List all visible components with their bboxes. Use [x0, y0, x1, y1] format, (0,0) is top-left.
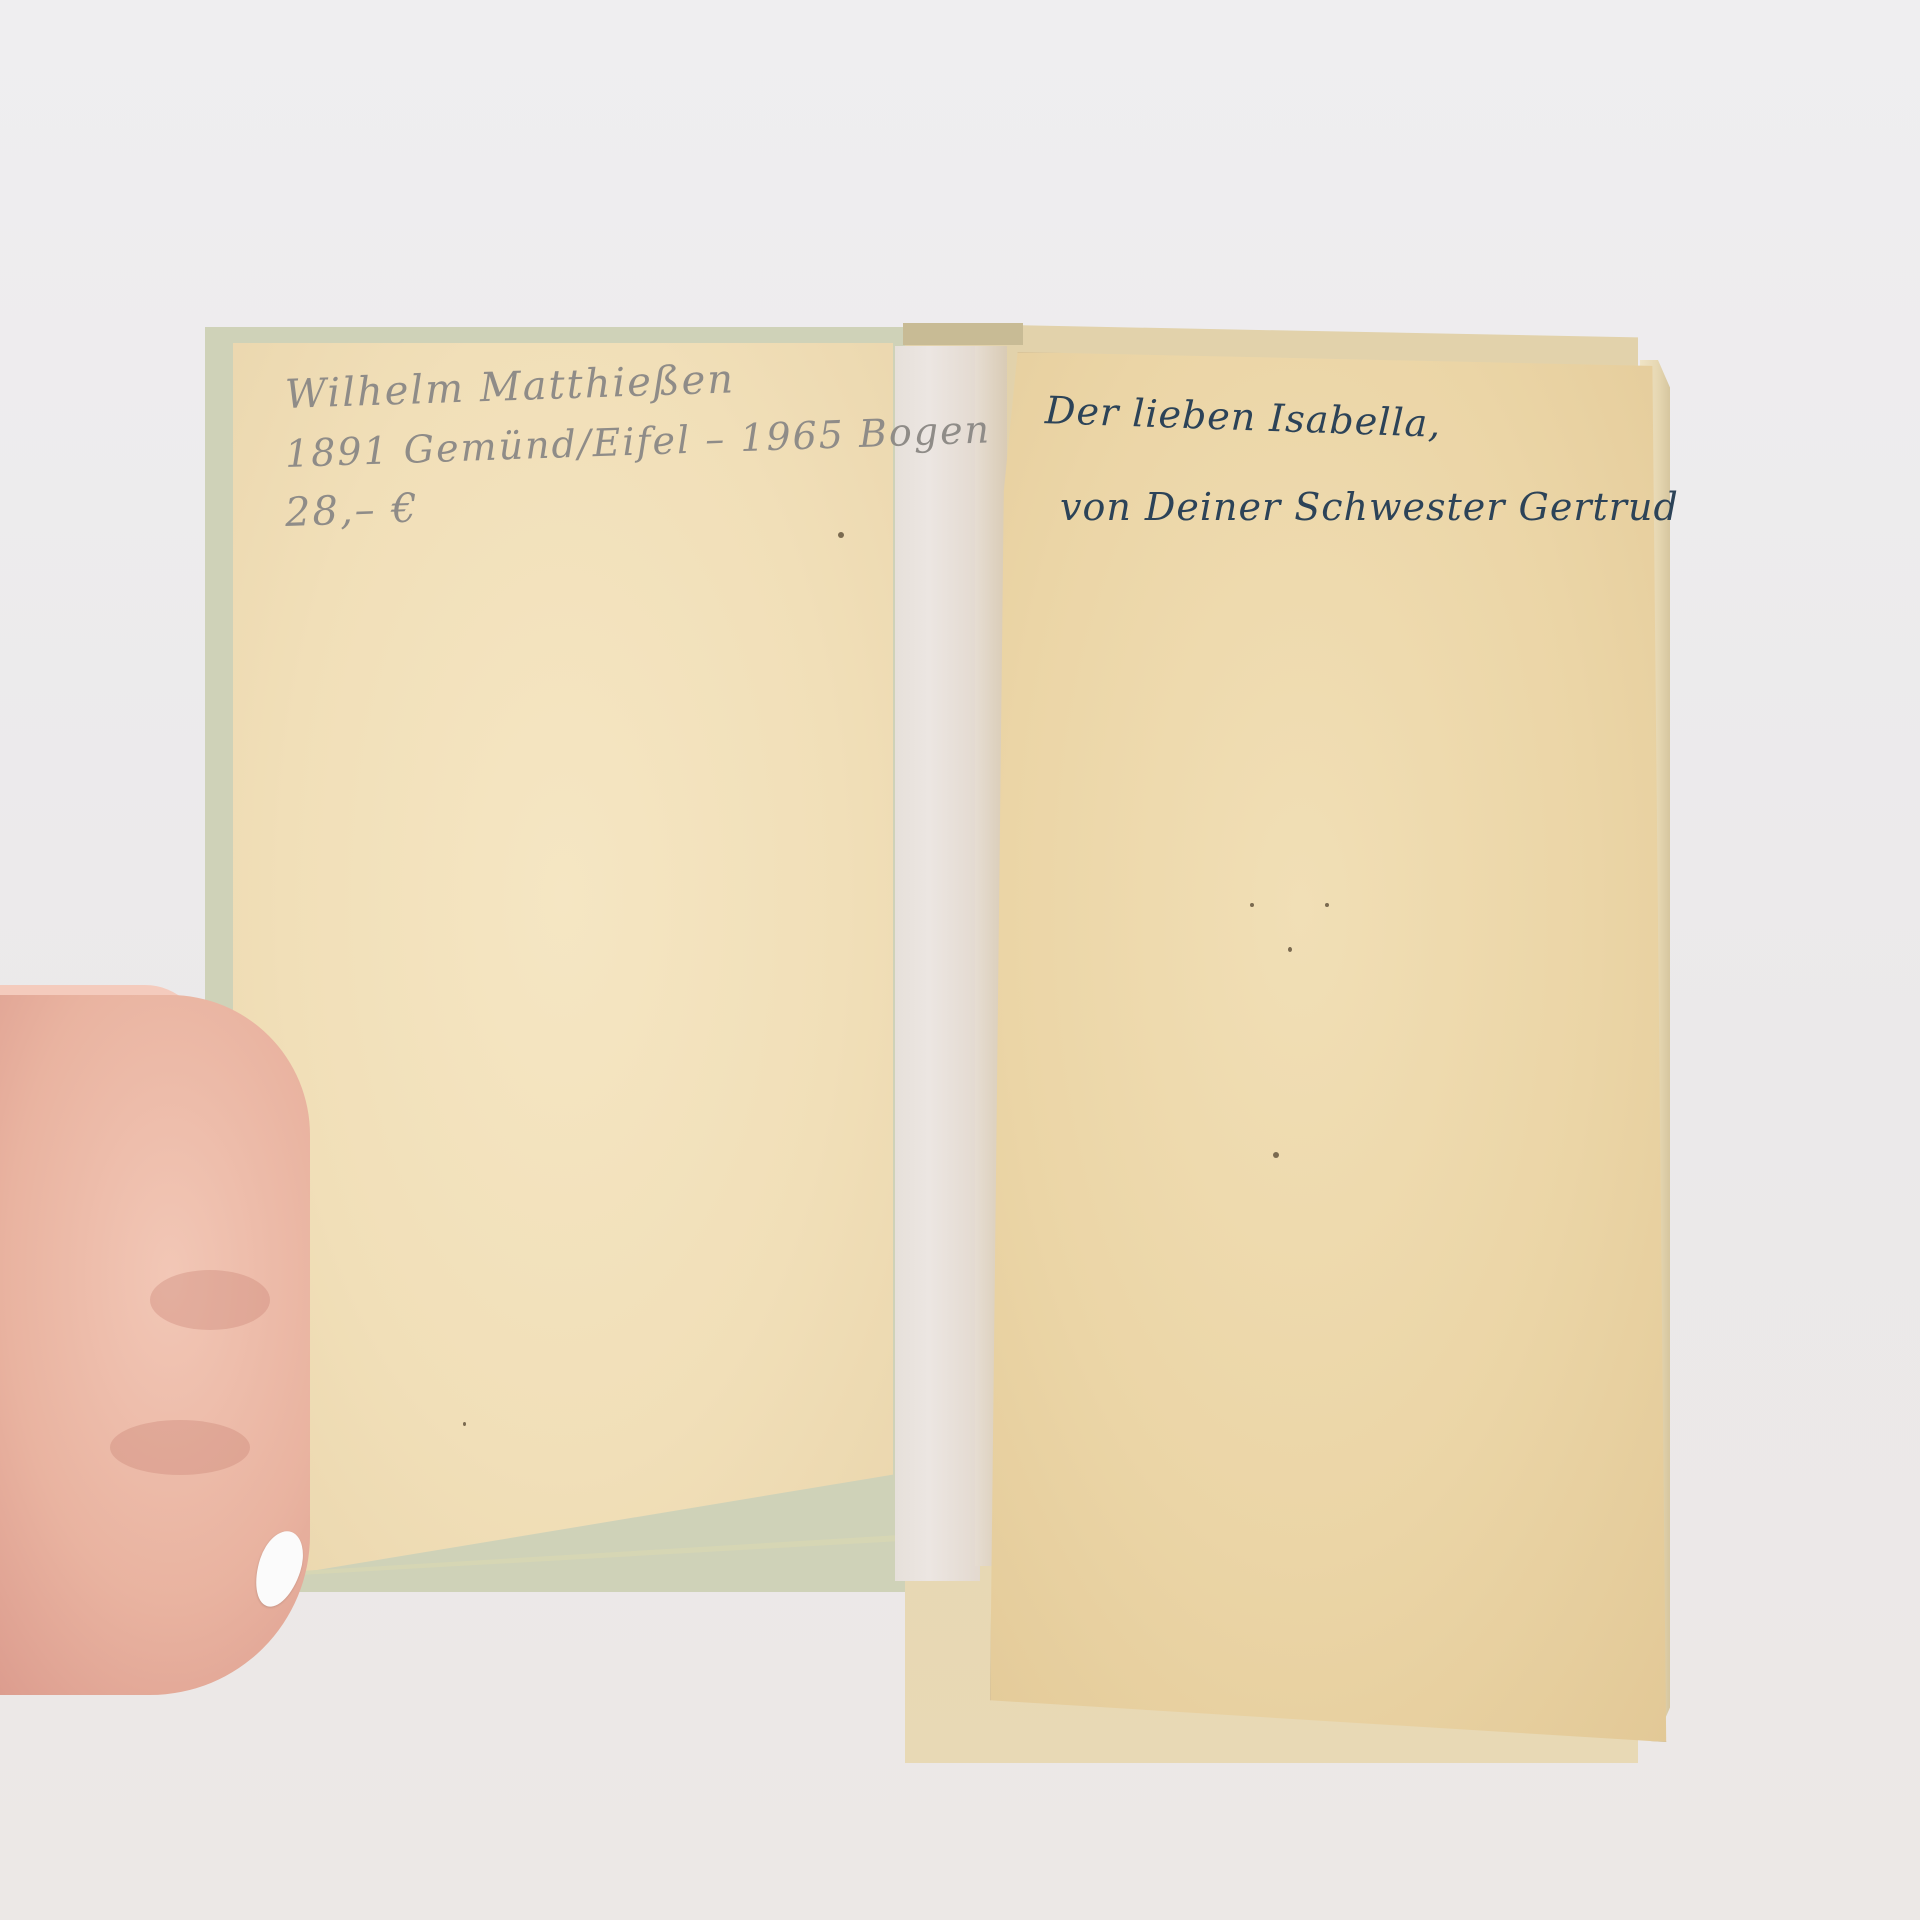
ink-dedication-line2: von Deiner Schwester Gertrud	[1060, 485, 1679, 529]
foxing-spot	[1250, 903, 1254, 907]
foxing-spot	[1288, 947, 1292, 952]
spine-top	[903, 323, 1023, 345]
foxing-spot	[838, 532, 844, 538]
finger-crease	[150, 1270, 270, 1330]
hinge-tape	[895, 346, 980, 1581]
pencil-price: 28,– €	[284, 485, 419, 536]
foxing-spot	[463, 1422, 466, 1426]
foxing-spot	[1325, 903, 1329, 907]
first-page	[990, 352, 1680, 1742]
foxing-spot	[1273, 1152, 1279, 1158]
finger-crease	[110, 1420, 250, 1475]
